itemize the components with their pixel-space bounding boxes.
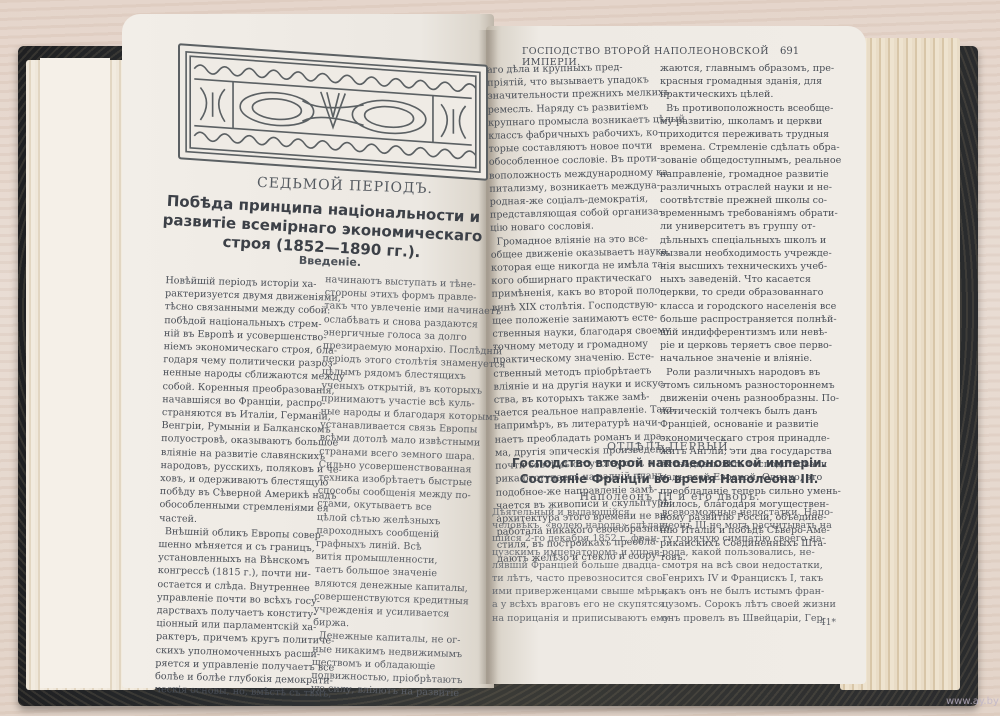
right-page-column-2: жаются, главнымъ образомъ, пре- красныя … (660, 62, 840, 564)
watermark: www.ay.by (946, 696, 999, 707)
signature-mark: 41* (820, 618, 836, 628)
section-title-line-1: Господство второй наполеоновской имперіи… (494, 455, 844, 471)
right-page-column-3: Дѣятельный и выдающійся человѣкъ, «волею… (492, 506, 662, 625)
section-title: Господство второй наполеоновской имперіи… (494, 455, 844, 487)
section-subtitle: Наполеонъ III и его дворъ. (500, 490, 840, 503)
flyleaf (40, 58, 110, 688)
section-label: ОТДѢЛЪ ПЕРВЫЙ. (500, 440, 840, 453)
decorative-headpiece-icon (178, 43, 488, 181)
right-page-column-4: всевозможные недостатки. Напо- леонъ III… (662, 506, 842, 625)
left-page-column-1: Новѣйшій періодъ исторіи ха- рактеризует… (154, 274, 315, 700)
left-page-column-2: начинаютъ выступать и тѣне- стороны этих… (311, 273, 496, 701)
section-title-line-2: Состояніе Франціи во время Наполеона III… (494, 471, 844, 487)
page-number: 691 (780, 46, 799, 57)
